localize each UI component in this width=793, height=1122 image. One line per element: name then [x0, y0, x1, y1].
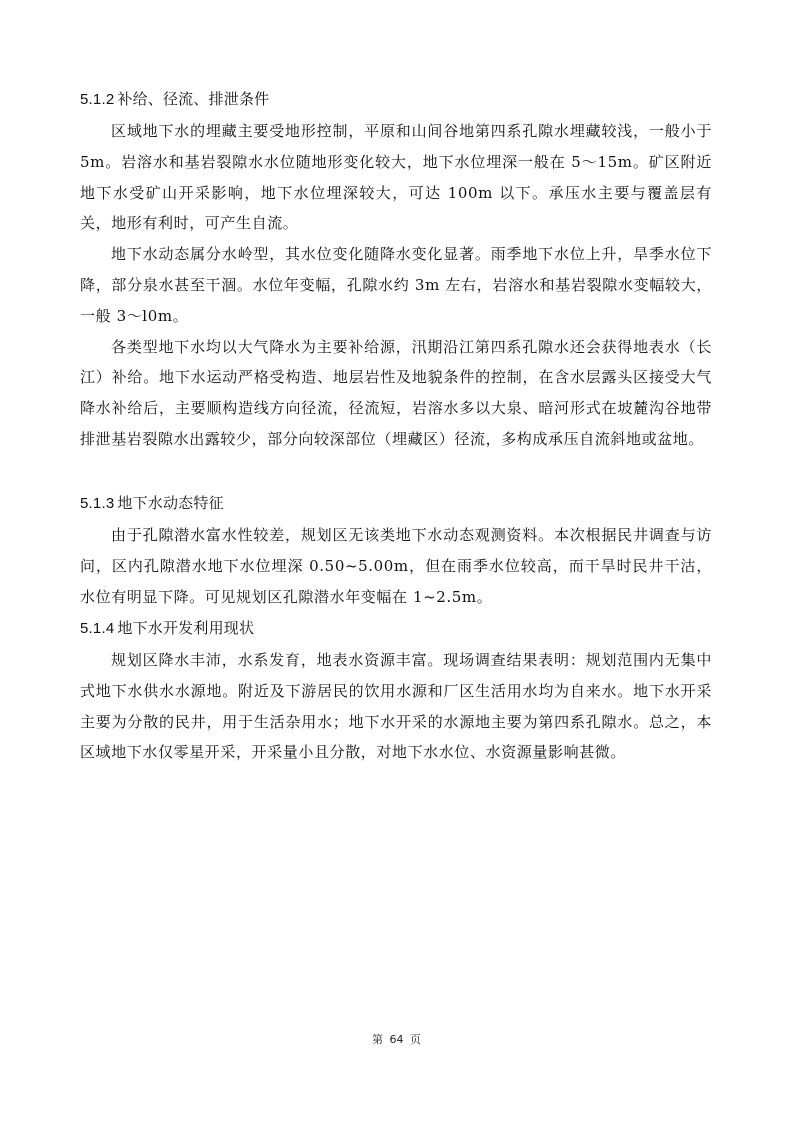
heading-title: 补给、径流、排泄条件: [117, 91, 269, 108]
page-label-suffix: 页: [410, 1033, 421, 1046]
paragraph: 规划区降水丰沛，水系发育，地表水资源丰富。现场调查结果表明：规划范围内无集中式地…: [80, 645, 712, 768]
heading-number: 5.1.4: [80, 620, 114, 637]
section-5-1-4: 5.1.4地下水开发利用现状 规划区降水丰沛，水系发育，地表水资源丰富。现场调查…: [80, 616, 712, 768]
page-footer: 第 64 页: [0, 1031, 793, 1047]
section-heading: 5.1.4地下水开发利用现状: [80, 616, 712, 642]
paragraph: 地下水动态属分水岭型，其水位变化随降水变化显著。雨季地下水位上升，旱季水位下降，…: [80, 239, 712, 331]
paragraph: 区域地下水的埋藏主要受地形控制，平原和山间谷地第四系孔隙水埋藏较浅，一般小于 5…: [80, 116, 712, 239]
heading-title: 地下水开发利用现状: [117, 620, 254, 637]
heading-number: 5.1.2: [80, 91, 114, 108]
heading-title: 地下水动态特征: [117, 495, 223, 512]
paragraph: 各类型地下水均以大气降水为主要补给源，汛期沿江第四系孔隙水还会获得地表水（长江）…: [80, 332, 712, 455]
section-heading: 5.1.3地下水动态特征: [80, 491, 712, 517]
section-heading: 5.1.2补给、径流、排泄条件: [80, 87, 712, 113]
section-5-1-3: 5.1.3地下水动态特征 由于孔隙潜水富水性较差，规划区无该类地下水动态观测资料…: [80, 491, 712, 612]
heading-number: 5.1.3: [80, 495, 114, 512]
page-label-prefix: 第: [372, 1033, 383, 1046]
section-5-1-2: 5.1.2补给、径流、排泄条件 区域地下水的埋藏主要受地形控制，平原和山间谷地第…: [80, 87, 712, 455]
paragraph: 由于孔隙潜水富水性较差，规划区无该类地下水动态观测资料。本次根据民井调查与访问，…: [80, 520, 712, 612]
page-number: 64: [390, 1033, 404, 1046]
